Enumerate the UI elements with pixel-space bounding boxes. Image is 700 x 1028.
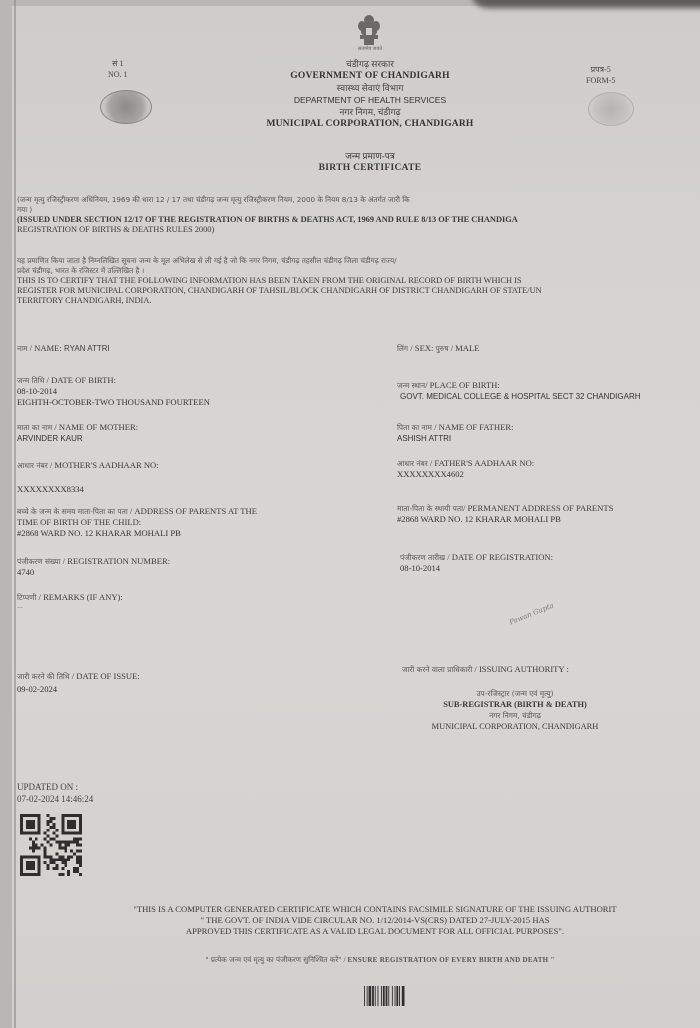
- updated-on: UPDATED ON : 07-02-2024 14:46:24: [17, 781, 93, 805]
- authority-title-hindi: उप-रजिस्ट्रार (जन्म एवं मृत्यु): [390, 688, 640, 699]
- updated-on-value: 07-02-2024 14:46:24: [17, 793, 93, 805]
- certify-clause: यह प्रमाणित किया जाता है निम्नलिखित सूचन…: [17, 256, 700, 306]
- slogan-hindi: " प्रत्येक जन्म एवं मृत्यु का पंजीकरण सु…: [205, 955, 341, 964]
- qr-code[interactable]: [20, 814, 82, 876]
- name-label-hindi: नाम: [17, 344, 27, 353]
- issuing-authority-label: जारी करने वाला प्राधिकारी / ISSUING AUTH…: [402, 664, 569, 675]
- issued-under-hindi-1: (जन्म मृत्यु रजिस्ट्रीकरण अधिनियम, 1969 …: [17, 195, 700, 205]
- issued-under-clause: (जन्म मृत्यु रजिस्ट्रीकरण अधिनियम, 1969 …: [17, 195, 700, 235]
- hologram-seal-left: [100, 90, 152, 124]
- name-label: / NAME:: [30, 343, 62, 353]
- form-number: प्रपत्र-5 FORM-5: [586, 64, 615, 86]
- computer-generated-note: "THIS IS A COMPUTER GENERATED CERTIFICAT…: [40, 904, 700, 937]
- registration-date-field: पंजीकरण तारीख / DATE OF REGISTRATION: 08…: [400, 552, 553, 574]
- govt-english: GOVERNMENT OF CHANDIGARH: [220, 70, 520, 82]
- serial-number-english: NO. 1: [108, 69, 128, 80]
- father-value: ASHISH ATTRI: [397, 433, 513, 444]
- name-value: RYAN ATTRI: [64, 344, 110, 353]
- dob-label-hindi: जन्म तिथि: [17, 376, 44, 385]
- govt-hindi: चंडीगढ़ सरकार: [220, 58, 520, 70]
- mother-label-hindi: माता का नाम: [17, 423, 52, 432]
- father-aadhaar-label-hindi: आधार नंबर: [397, 459, 428, 468]
- father-label-hindi: पिता का नाम: [397, 423, 432, 432]
- registration-slogan: " प्रत्येक जन्म एवं मृत्यु का पंजीकरण सु…: [100, 955, 660, 965]
- mother-aadhaar-label: / MOTHER'S AADHAAR NO:: [50, 460, 159, 470]
- authority-label: / ISSUING AUTHORITY :: [474, 664, 568, 674]
- issuing-department-header: चंडीगढ़ सरकार GOVERNMENT OF CHANDIGARH स…: [220, 58, 520, 130]
- certificate-title: जन्म प्रमाण-पत्र BIRTH CERTIFICATE: [250, 150, 490, 174]
- mother-aadhaar-value: XXXXXXXX8334: [17, 484, 84, 494]
- remarks-value: ---: [17, 603, 123, 614]
- pob-label: / PLACE OF BIRTH:: [425, 380, 500, 390]
- permanent-address-field: माता-पिता के स्थायी पता/ PERMANENT ADDRE…: [397, 503, 613, 525]
- title-hindi: जन्म प्रमाण-पत्र: [250, 150, 490, 162]
- corp-english: MUNICIPAL CORPORATION, CHANDIGARH: [220, 118, 520, 130]
- address-birth-value: #2868 WARD NO. 12 KHARAR MOHALI PB: [17, 528, 257, 539]
- issue-date-value: 09-02-2024: [17, 683, 140, 696]
- permanent-address-value: #2868 WARD NO. 12 KHARAR MOHALI PB: [397, 514, 613, 525]
- remarks-label: / REMARKS (IF ANY):: [39, 592, 123, 602]
- mother-name-field: माता का नाम / NAME OF MOTHER: ARVINDER K…: [17, 422, 138, 444]
- dob-field: जन्म तिथि / DATE OF BIRTH: 08-10-2014 EI…: [17, 375, 210, 408]
- reg-date-label: / DATE OF REGISTRATION:: [447, 552, 553, 562]
- reg-number-value: 4740: [17, 567, 170, 578]
- mother-value: ARVINDER KAUR: [17, 433, 138, 444]
- name-field: नाम / NAME: RYAN ATTRI: [17, 343, 110, 354]
- reg-date-label-hindi: पंजीकरण तारीख: [400, 553, 445, 562]
- father-name-field: पिता का नाम / NAME OF FATHER: ASHISH ATT…: [397, 422, 513, 444]
- mother-aadhaar-label-row: आधार नंबर / MOTHER'S AADHAAR NO:: [17, 460, 159, 471]
- issuing-authority-block: उप-रजिस्ट्रार (जन्म एवं मृत्यु) SUB-REGI…: [390, 688, 640, 732]
- sex-field: लिंग / SEX: पुरुष / MALE: [397, 343, 480, 354]
- address-birth-label: / ADDRESS OF PARENTS AT THE: [130, 506, 257, 516]
- father-aadhaar-value: XXXXXXXX4602: [397, 469, 534, 480]
- form-number-hindi: प्रपत्र-5: [586, 64, 615, 75]
- slogan-english: ENSURE REGISTRATION OF EVERY BIRTH AND D…: [347, 956, 554, 964]
- page-fold-line: [14, 0, 16, 1028]
- sex-label-hindi: लिंग: [397, 344, 408, 353]
- serial-number: सं 1 NO. 1: [108, 58, 128, 80]
- permanent-address-label-hindi: माता-पिता के स्थायी पता: [397, 504, 463, 513]
- issue-date-label-hindi: जारी करने की तिथि: [17, 672, 70, 681]
- corp-hindi: नगर निगम, चंडीगढ़: [220, 106, 520, 118]
- emblem-caption: सत्यमेव जयते: [335, 46, 405, 52]
- pob-field: जन्म स्थान/ PLACE OF BIRTH: GOVT. MEDICA…: [397, 380, 641, 402]
- issued-under-english-1: (ISSUED UNDER SECTION 12/17 OF THE REGIS…: [17, 215, 700, 225]
- watermark-seal-right: [588, 92, 634, 126]
- updated-on-label: UPDATED ON :: [17, 781, 93, 793]
- certify-hindi-1: यह प्रमाणित किया जाता है निम्नलिखित सूचन…: [17, 256, 700, 266]
- dob-label: / DATE OF BIRTH:: [47, 375, 116, 385]
- certify-english-1: THIS IS TO CERTIFY THAT THE FOLLOWING IN…: [17, 276, 700, 286]
- pob-value: GOVT. MEDICAL COLLEGE & HOSPITAL SECT 32…: [397, 391, 641, 402]
- pob-label-hindi: जन्म स्थान: [397, 381, 425, 390]
- remarks-label-hindi: टिप्पणी: [17, 593, 36, 602]
- sex-value: / MALE: [451, 343, 480, 353]
- address-at-birth-field: बच्चे के जन्म के समय माता-पिता का पता / …: [17, 506, 257, 539]
- reg-number-label: / REGISTRATION NUMBER:: [63, 556, 170, 566]
- serial-number-hindi: सं 1: [108, 58, 128, 69]
- father-label: / NAME OF FATHER:: [434, 422, 513, 432]
- dept-english: DEPARTMENT OF HEALTH SERVICES: [220, 94, 520, 106]
- dob-value: 08-10-2014: [17, 386, 210, 397]
- authority-label-hindi: जारी करने वाला प्राधिकारी: [402, 665, 472, 674]
- top-shadow: [470, 0, 700, 8]
- slogan-separator: /: [343, 955, 345, 964]
- father-aadhaar-field: आधार नंबर / FATHER'S AADHAAR NO: XXXXXXX…: [397, 458, 534, 480]
- address-birth-label-2: TIME OF BIRTH OF THE CHILD:: [17, 517, 257, 528]
- footer-line-2: " THE GOVT. OF INDIA VIDE CIRCULAR NO. 1…: [40, 915, 700, 926]
- title-english: BIRTH CERTIFICATE: [250, 162, 490, 174]
- certify-english-2: REGISTER FOR MUNICIPAL CORPORATION, CHAN…: [17, 286, 700, 296]
- national-emblem-icon: [352, 14, 386, 50]
- authority-corp: MUNICIPAL CORPORATION, CHANDIGARH: [390, 721, 640, 732]
- remarks-field: टिप्पणी / REMARKS (IF ANY): ---: [17, 592, 123, 614]
- reg-date-value: 08-10-2014: [400, 563, 553, 574]
- sex-label: / SEX:: [410, 343, 433, 353]
- registration-number-field: पंजीकरण संख्या / REGISTRATION NUMBER: 47…: [17, 556, 170, 578]
- certify-english-3: TERRITORY CHANDIGARH, INDIA.: [17, 296, 700, 306]
- address-birth-label-hindi: बच्चे के जन्म के समय माता-पिता का पता: [17, 507, 128, 516]
- issued-under-hindi-2: गया ): [17, 205, 700, 215]
- mother-aadhaar-label-hindi: आधार नंबर: [17, 461, 48, 470]
- authority-title: SUB-REGISTRAR (BIRTH & DEATH): [390, 699, 640, 710]
- issued-under-english-2: REGISTRATION OF BIRTHS & DEATHS RULES 20…: [17, 225, 700, 235]
- footer-line-1: "THIS IS A COMPUTER GENERATED CERTIFICAT…: [40, 904, 700, 915]
- issue-date-label: / DATE OF ISSUE:: [72, 671, 140, 681]
- authority-corp-hindi: नगर निगम, चंडीगढ़: [390, 710, 640, 721]
- dept-hindi: स्वास्थ्य सेवाएं विभाग: [220, 82, 520, 94]
- permanent-address-label: / PERMANENT ADDRESS OF PARENTS: [463, 503, 613, 513]
- barcode[interactable]: [364, 986, 422, 1006]
- certify-hindi-2: प्रदेश चंडीगढ़, भारत के रजिस्टर में उल्ल…: [17, 266, 700, 276]
- footer-line-3: APPROVED THIS CERTIFICATE AS A VALID LEG…: [40, 926, 700, 937]
- sex-value-hindi: पुरुष: [436, 344, 449, 353]
- date-of-issue-field: जारी करने की तिथि / DATE OF ISSUE: 09-02…: [17, 670, 140, 696]
- reg-number-label-hindi: पंजीकरण संख्या: [17, 557, 61, 566]
- mother-label: / NAME OF MOTHER:: [54, 422, 138, 432]
- dob-value-words: EIGHTH-OCTOBER-TWO THOUSAND FOURTEEN: [17, 397, 210, 408]
- form-number-english: FORM-5: [586, 75, 615, 86]
- father-aadhaar-label: / FATHER'S AADHAAR NO:: [430, 458, 534, 468]
